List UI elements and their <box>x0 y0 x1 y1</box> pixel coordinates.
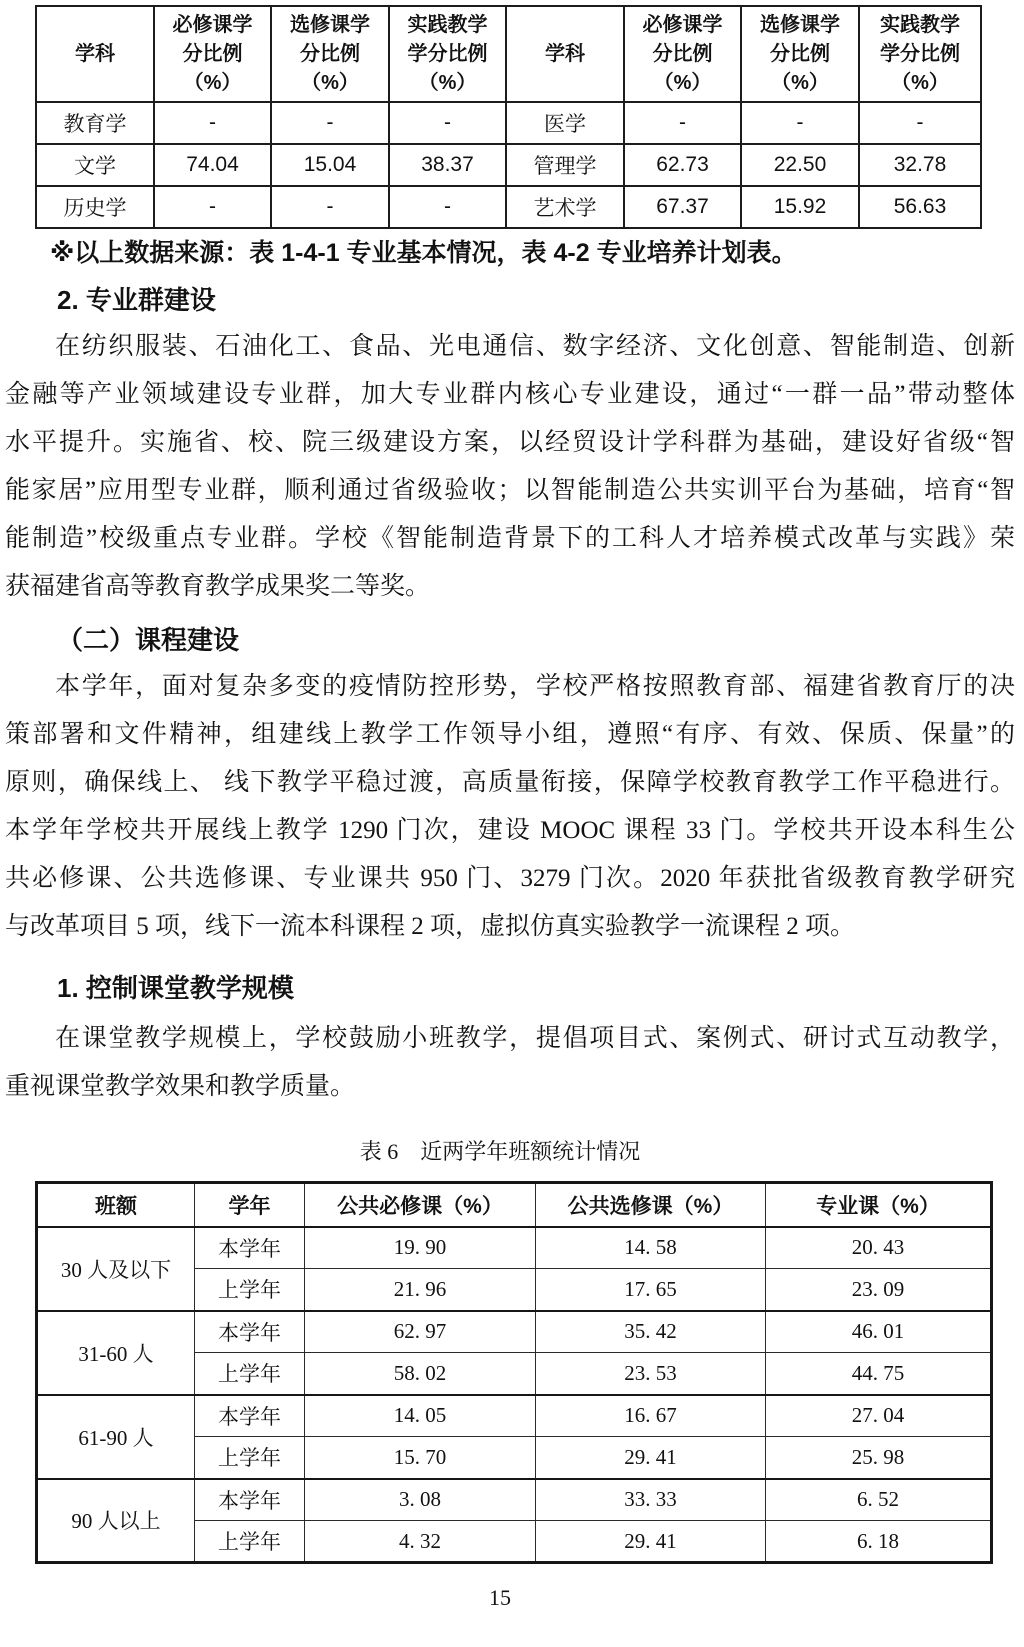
cell-value: 74.04 <box>154 144 271 186</box>
text-line: 本学年学校共开展线上教学 1290 门次，建设 MOOC 课程 33 门。学校共… <box>5 807 1015 855</box>
cell-value: 23. 53 <box>536 1353 766 1395</box>
cell-subject: 教育学 <box>36 102 154 144</box>
cell-value: 56.63 <box>859 186 981 228</box>
cell-value: 29. 41 <box>536 1521 766 1563</box>
cell-value: 14. 58 <box>536 1227 766 1269</box>
cell-subject: 艺术学 <box>506 186 624 228</box>
text-line: 金融等产业领域建设专业群，加大专业群内核心专业建设，通过“一群一品”带动整体 <box>5 371 1015 419</box>
cell-year: 本学年 <box>195 1479 305 1521</box>
paragraph-course-construction: 本学年，面对复杂多变的疫情防控形势，学校严格按照教育部、福建省教育厅的决 策部署… <box>5 663 1015 951</box>
cell-value: 27. 04 <box>766 1395 992 1437</box>
header-line: 必修课学 <box>625 11 740 40</box>
cell-value: - <box>859 102 981 144</box>
text-line: 能制造”校级重点专业群。学校《智能制造背景下的工科人才培养模式改革与实践》荣 <box>5 515 1015 563</box>
cell-value: 6. 18 <box>766 1521 992 1563</box>
cell-year: 本学年 <box>195 1227 305 1269</box>
cell-value: 62.73 <box>624 144 741 186</box>
paragraph-class-size: 在课堂教学规模上，学校鼓励小班教学，提倡项目式、案例式、研讨式互动教学， 重视课… <box>5 1015 1015 1111</box>
col-required-left: 必修课学 分比例 （%） <box>154 6 271 102</box>
cell-value: 15.04 <box>271 144 389 186</box>
text-line: 策部署和文件精神，组建线上教学工作领导小组，遵照“有序、有效、保质、保量”的 <box>5 711 1015 759</box>
header-line: 必修课学 <box>155 11 270 40</box>
cell-subject: 历史学 <box>36 186 154 228</box>
header-line: 学分比例 <box>390 40 505 69</box>
header-line: 选修课学 <box>272 11 388 40</box>
discipline-credit-table: 学科 必修课学 分比例 （%） 选修课学 分比例 （%） 实践教学 学分比例 （… <box>35 5 982 229</box>
col-subject-left: 学科 <box>36 6 154 102</box>
text-line: 原则，确保线上、 线下教学平稳过渡，高质量衔接，保障学校教育教学工作平稳进行。 <box>5 759 1015 807</box>
header-unit: （%） <box>272 69 388 98</box>
note-data-source: ※以上数据来源：表 1-4-1 专业基本情况，表 4-2 专业培养计划表。 <box>50 237 1024 269</box>
cell-value: 38.37 <box>389 144 506 186</box>
cell-subject: 管理学 <box>506 144 624 186</box>
text-line: 水平提升。实施省、校、院三级建设方案，以经贸设计学科群为基础，建设好省级“智 <box>5 419 1015 467</box>
header-unit: （%） <box>390 69 505 98</box>
cell-subject: 医学 <box>506 102 624 144</box>
cell-value: 44. 75 <box>766 1353 992 1395</box>
cell-value: 62. 97 <box>305 1311 536 1353</box>
cell-value: 46. 01 <box>766 1311 992 1353</box>
table-row: 90 人以上 本学年 3. 08 33. 33 6. 52 <box>37 1479 992 1521</box>
heading-class-size-control: 1. 控制课堂教学规模 <box>57 971 1024 1005</box>
cell-value: - <box>624 102 741 144</box>
cell-value: 29. 41 <box>536 1437 766 1479</box>
group-label: 31-60 人 <box>37 1311 195 1395</box>
col-required-right: 必修课学 分比例 （%） <box>624 6 741 102</box>
cell-year: 本学年 <box>195 1395 305 1437</box>
cell-value: 21. 96 <box>305 1269 536 1311</box>
table-row: 61-90 人 本学年 14. 05 16. 67 27. 04 <box>37 1395 992 1437</box>
group-label: 90 人以上 <box>37 1479 195 1563</box>
cell-value: 23. 09 <box>766 1269 992 1311</box>
header-line: 选修课学 <box>742 11 858 40</box>
cell-value: - <box>741 102 859 144</box>
header-line: 学分比例 <box>860 40 980 69</box>
cell-value: 15.92 <box>741 186 859 228</box>
cell-year: 上学年 <box>195 1353 305 1395</box>
cell-value: - <box>154 186 271 228</box>
col-public-elective: 公共选修课（%） <box>536 1183 766 1227</box>
col-practice-right: 实践教学 学分比例 （%） <box>859 6 981 102</box>
header-line: 分比例 <box>272 40 388 69</box>
cell-value: - <box>389 186 506 228</box>
header-unit: （%） <box>860 69 980 98</box>
header-line: 实践教学 <box>390 11 505 40</box>
table-row: 教育学 - - - 医学 - - - <box>36 102 981 144</box>
cell-value: 20. 43 <box>766 1227 992 1269</box>
cell-year: 上学年 <box>195 1269 305 1311</box>
cell-value: 15. 70 <box>305 1437 536 1479</box>
cell-year: 上学年 <box>195 1521 305 1563</box>
cell-value: 67.37 <box>624 186 741 228</box>
header-unit: （%） <box>625 69 740 98</box>
cell-value: 35. 42 <box>536 1311 766 1353</box>
table-row: 文学 74.04 15.04 38.37 管理学 62.73 22.50 32.… <box>36 144 981 186</box>
cell-value: 58. 02 <box>305 1353 536 1395</box>
text-line: 重视课堂教学效果和教学质量。 <box>5 1063 1015 1111</box>
cell-value: 22.50 <box>741 144 859 186</box>
text-line: 与改革项目 5 项，线下一流本科课程 2 项，虚拟仿真实验教学一流课程 2 项。 <box>5 903 1015 951</box>
cell-value: 32.78 <box>859 144 981 186</box>
cell-value: 17. 65 <box>536 1269 766 1311</box>
cell-value: 16. 67 <box>536 1395 766 1437</box>
cell-value: - <box>271 186 389 228</box>
table-row: 31-60 人 本学年 62. 97 35. 42 46. 01 <box>37 1311 992 1353</box>
header-unit: （%） <box>155 69 270 98</box>
cell-value: 14. 05 <box>305 1395 536 1437</box>
heading-course-construction: （二）课程建设 <box>57 623 1024 657</box>
heading-professional-group: 2. 专业群建设 <box>57 283 1024 317</box>
col-subject-right: 学科 <box>506 6 624 102</box>
class-size-table: 班额 学年 公共必修课（%） 公共选修课（%） 专业课（%） 30 人及以下 本… <box>35 1181 993 1564</box>
group-label: 61-90 人 <box>37 1395 195 1479</box>
group-label: 30 人及以下 <box>37 1227 195 1311</box>
table-row: 30 人及以下 本学年 19. 90 14. 58 20. 43 <box>37 1227 992 1269</box>
cell-subject: 文学 <box>36 144 154 186</box>
header-line: 分比例 <box>742 40 858 69</box>
cell-value: - <box>154 102 271 144</box>
cell-year: 本学年 <box>195 1311 305 1353</box>
col-elective-right: 选修课学 分比例 （%） <box>741 6 859 102</box>
col-major-course: 专业课（%） <box>766 1183 992 1227</box>
text-line: 能家居”应用型专业群，顺利通过省级验收；以智能制造公共实训平台为基础，培育“智 <box>5 467 1015 515</box>
document-page: 学科 必修课学 分比例 （%） 选修课学 分比例 （%） 实践教学 学分比例 （… <box>0 5 1024 1647</box>
text-line: 在课堂教学规模上，学校鼓励小班教学，提倡项目式、案例式、研讨式互动教学， <box>5 1015 1015 1063</box>
cell-value: 3. 08 <box>305 1479 536 1521</box>
col-public-required: 公共必修课（%） <box>305 1183 536 1227</box>
cell-value: - <box>389 102 506 144</box>
credit-table-header-row: 学科 必修课学 分比例 （%） 选修课学 分比例 （%） 实践教学 学分比例 （… <box>36 6 981 102</box>
text-line: 在纺织服装、石油化工、食品、光电通信、数字经济、文化创意、智能制造、创新 <box>5 323 1015 371</box>
text-line: 共必修课、公共选修课、专业课共 950 门、3279 门次。2020 年获批省级… <box>5 855 1015 903</box>
cell-value: 4. 32 <box>305 1521 536 1563</box>
col-school-year: 学年 <box>195 1183 305 1227</box>
cell-value: 33. 33 <box>536 1479 766 1521</box>
col-elective-left: 选修课学 分比例 （%） <box>271 6 389 102</box>
header-line: 分比例 <box>155 40 270 69</box>
class-table-header-row: 班额 学年 公共必修课（%） 公共选修课（%） 专业课（%） <box>37 1183 992 1227</box>
header-unit: （%） <box>742 69 858 98</box>
text-line: 获福建省高等教育教学成果奖二等奖。 <box>5 563 1015 611</box>
header-line: 实践教学 <box>860 11 980 40</box>
table6-caption: 表 6 近两学年班额统计情况 <box>0 1137 1000 1167</box>
col-class-size: 班额 <box>37 1183 195 1227</box>
cell-value: 6. 52 <box>766 1479 992 1521</box>
col-practice-left: 实践教学 学分比例 （%） <box>389 6 506 102</box>
cell-value: 19. 90 <box>305 1227 536 1269</box>
cell-year: 上学年 <box>195 1437 305 1479</box>
table-row: 历史学 - - - 艺术学 67.37 15.92 56.63 <box>36 186 981 228</box>
text-line: 本学年，面对复杂多变的疫情防控形势，学校严格按照教育部、福建省教育厅的决 <box>5 663 1015 711</box>
page-number: 15 <box>0 1584 1000 1612</box>
cell-value: 25. 98 <box>766 1437 992 1479</box>
cell-value: - <box>271 102 389 144</box>
header-line: 分比例 <box>625 40 740 69</box>
paragraph-professional-group: 在纺织服装、石油化工、食品、光电通信、数字经济、文化创意、智能制造、创新 金融等… <box>5 323 1015 611</box>
